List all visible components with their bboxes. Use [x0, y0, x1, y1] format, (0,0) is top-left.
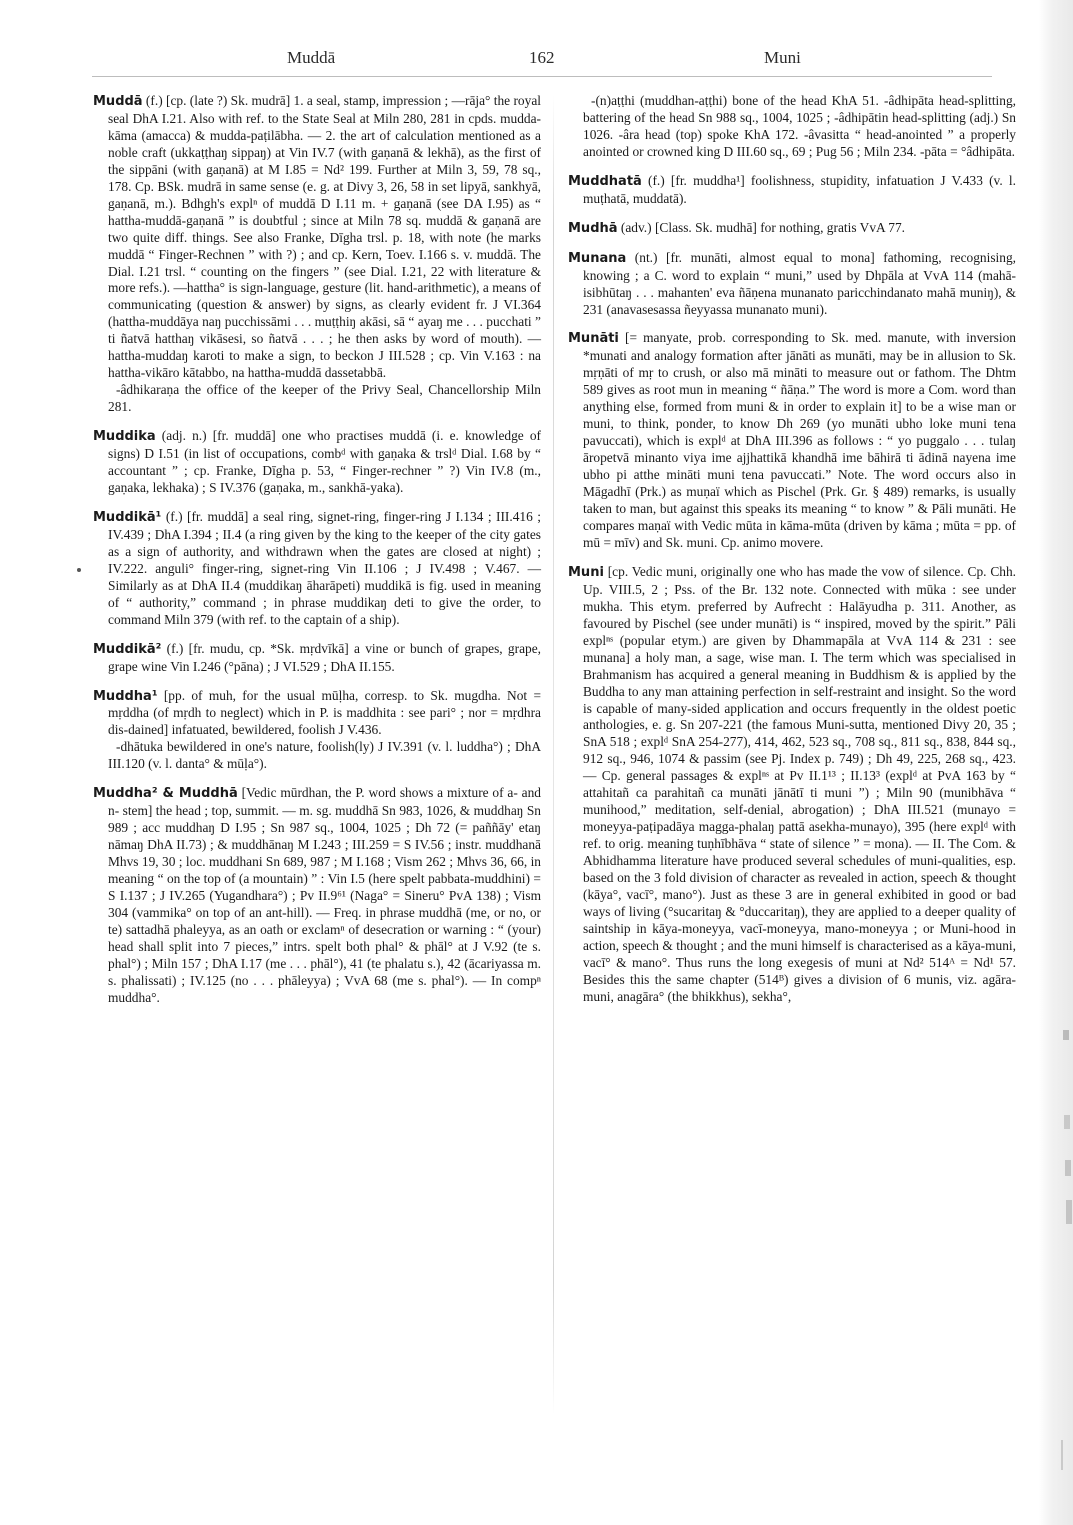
left-column: Muddā (f.) [cp. (late ?) Sk. mudrā] 1. a… — [93, 93, 541, 1019]
headword: Muddha¹ — [93, 689, 158, 704]
headword: Muddhatā — [568, 174, 642, 189]
bleed-mark — [1064, 1115, 1070, 1129]
entry-body: (f.) [cp. (late ?) Sk. mudrā] 1. a seal,… — [108, 93, 541, 380]
entry-body: (adv.) [Class. Sk. mudhā] for nothing, g… — [618, 220, 906, 235]
headword: Muddā — [93, 94, 143, 109]
entry-muddhata: Muddhatā (f.) [fr. muddha¹] foolishness,… — [568, 173, 1016, 208]
headword: Muni — [568, 565, 604, 580]
entry-muddika-1: Muddikā¹ (f.) [fr. muddā] a seal ring, s… — [93, 509, 541, 629]
subentry: -âdhikaraṇa the office of the keeper of … — [93, 382, 541, 416]
entry-body: (f.) [fr. muddā] a seal ring, signet-rin… — [108, 509, 541, 627]
bleed-mark — [1066, 1200, 1072, 1224]
right-column: -(n)aṭṭhi (muddhan-aṭṭhi) bone of the he… — [568, 93, 1016, 1018]
column-divider — [553, 95, 554, 1415]
headword: Muddikā² — [93, 642, 161, 657]
entry-body: (f.) [fr. mudu, cp. *Sk. mṛdvīkā] a vine… — [108, 641, 541, 674]
page-number: 162 — [529, 48, 555, 68]
print-speck — [77, 568, 81, 572]
entry-munana: Munana (nt.) [fr. munāti, almost equal t… — [568, 250, 1016, 319]
entry-body: [cp. Vedic muni, originally one who has … — [583, 564, 1016, 1004]
entry-muddha-2: Muddha² & Muddhā [Vedic mūrdhan, the P. … — [93, 785, 541, 1006]
entry-muddha-1: Muddha¹ [pp. of muh, for the usual mūḷha… — [93, 688, 541, 740]
continued-subentries: -(n)aṭṭhi (muddhan-aṭṭhi) bone of the he… — [568, 93, 1016, 161]
headword: Muddikā¹ — [93, 510, 161, 525]
header-rule — [92, 76, 992, 77]
running-header: Muddā 162 Muni — [92, 48, 984, 72]
entry-muni: Muni [cp. Vedic muni, originally one who… — [568, 564, 1016, 1006]
header-left-headword: Muddā — [287, 48, 335, 68]
entry-body: [pp. of muh, for the usual mūḷha, corres… — [108, 688, 541, 738]
subentry: -dhātuka bewildered in one's nature, foo… — [93, 739, 541, 773]
entry-mudda: Muddā (f.) [cp. (late ?) Sk. mudrā] 1. a… — [93, 93, 541, 382]
headword: Munana — [568, 251, 626, 266]
headword: Munāti — [568, 331, 619, 346]
headword: Muddika — [93, 429, 156, 444]
entry-body: [Vedic mūrdhan, the P. word shows a mixt… — [108, 785, 541, 1004]
entry-munati: Munāti [= manyate, prob. corresponding t… — [568, 330, 1016, 551]
headword: Mudhā — [568, 221, 618, 236]
bleed-mark — [1065, 1160, 1071, 1176]
bleed-mark — [1061, 1440, 1063, 1470]
bleed-mark — [1063, 1030, 1069, 1040]
scan-edge-shadow — [1039, 0, 1073, 1525]
entry-body: (f.) [fr. muddha¹] foolishness, stupidit… — [583, 173, 1016, 206]
entry-body: (adj. n.) [fr. muddā] one who practises … — [108, 428, 541, 495]
headword: Muddha² & Muddhā — [93, 786, 238, 801]
entry-muddika-2: Muddikā² (f.) [fr. mudu, cp. *Sk. mṛdvīk… — [93, 641, 541, 676]
header-right-headword: Muni — [764, 48, 801, 68]
entry-muddika: Muddika (adj. n.) [fr. muddā] one who pr… — [93, 428, 541, 497]
entry-body: (nt.) [fr. munāti, almost equal to mona]… — [583, 250, 1016, 317]
entry-mudha: Mudhā (adv.) [Class. Sk. mudhā] for noth… — [568, 220, 1016, 238]
entry-body: [= manyate, prob. corresponding to Sk. m… — [583, 330, 1016, 549]
